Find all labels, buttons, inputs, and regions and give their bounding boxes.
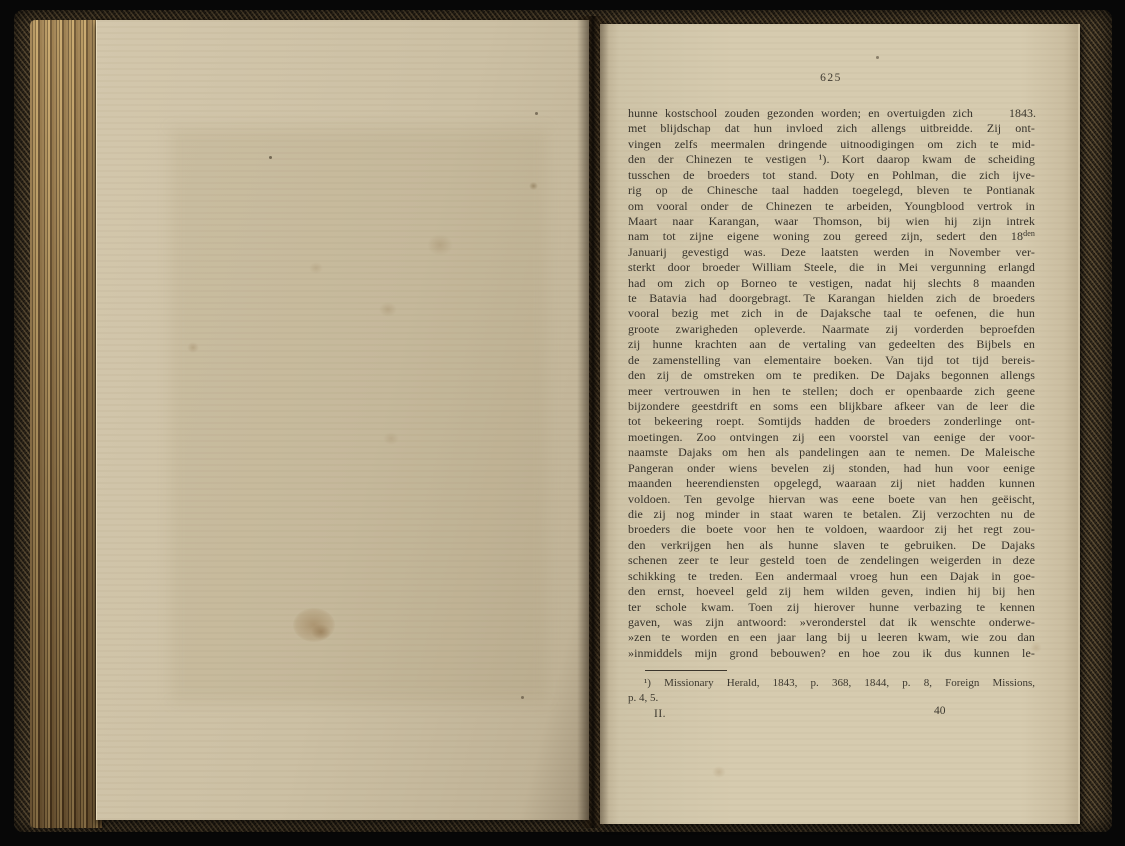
volume-signature: II. [654, 708, 666, 720]
body-text-block: hunne kostschool zouden gezonden worden;… [628, 106, 1035, 661]
body-line: de zamenstelling van elementaire boeken.… [628, 353, 1035, 368]
text-show-through [171, 128, 547, 702]
footnote-line: ¹) Missionary Herald, 1843, p. 368, 1844… [628, 676, 1035, 690]
body-line: tusschen de broeders tot stand. Doty en … [628, 168, 1035, 183]
foxing-stain [379, 302, 397, 317]
body-line: schenen zeer te leur gesteld toen de zen… [628, 553, 1035, 568]
body-line: die zij nog minder in staat waren te bet… [628, 507, 1035, 522]
body-line: Pangeran onder wiens bevelen zij stonden… [628, 461, 1035, 476]
body-line: naamste Dajaks om hen als pandelingen aa… [628, 445, 1035, 460]
body-line: den zij de omstreken om te prediken. De … [628, 368, 1035, 383]
foxing-stain [309, 262, 323, 274]
body-line: maanden heerendiensten opgelegd, waaraan… [628, 476, 1035, 491]
body-line: vingen zelfs meermalen dringende uitnood… [628, 137, 1035, 152]
foxing-stain [187, 342, 199, 353]
footnote-line: p. 4, 5. [628, 692, 658, 704]
body-line: tot bekeering roept. Somtijds hadden de … [628, 414, 1035, 429]
body-line: gaven, was zijn antwoord: »veronderstel … [628, 615, 1035, 630]
photo-backdrop: 625 1843. hunne kostschool zouden gezond… [0, 0, 1125, 846]
body-line: met blijdschap dat hun invloed zich alle… [628, 121, 1035, 136]
superscript-ordinal: den [1023, 229, 1035, 238]
body-line: zij hunne krachten aan de vertaling van … [628, 337, 1035, 352]
foxing-stain [427, 234, 453, 256]
body-line: om vooral onder de Chinezen te arbeiden,… [628, 199, 1035, 214]
ink-speck [876, 56, 879, 59]
sheet-number: 40 [934, 705, 946, 717]
body-line-text: nam tot zijne eigene woning zou gereed z… [628, 229, 1023, 243]
body-line: »zen te worden en een jaar lang bij u le… [628, 630, 1035, 645]
ink-speck [521, 696, 524, 699]
body-line: groote zwarigheden opleverde. Naarmate z… [628, 322, 1035, 337]
body-line: sterkt door broeder William Steele, die … [628, 260, 1035, 275]
footnote-rule [645, 670, 727, 671]
body-line: had om zich op Borneo te vestigen, nadat… [628, 276, 1035, 291]
page-edges [30, 20, 102, 828]
body-line: schikking te treden. Een andermaal vroeg… [628, 569, 1035, 584]
body-line: vooral bezig met zich in de Dajaksche ta… [628, 306, 1035, 321]
body-line: ter schole kwam. Toen zij hierover hunne… [628, 600, 1035, 615]
body-line: »inmiddels mijn grond bebouwen? en hoe z… [628, 646, 1035, 661]
body-line: te Batavia had doorgebragt. Te Karangan … [628, 291, 1035, 306]
page-number: 625 [628, 72, 1034, 84]
foxing-stain [529, 182, 538, 190]
body-line: rig op de Chinesche taal hadden toegeleg… [628, 183, 1035, 198]
ink-speck [535, 112, 538, 115]
body-line: den verkrijgen hen als hunne slaven te g… [628, 538, 1035, 553]
body-line: Maart naar Karangan, waar Thomson, bij w… [628, 214, 1035, 229]
ink-speck [269, 156, 272, 159]
body-line: den ernst, hoeveel geld zij hem wilden g… [628, 584, 1035, 599]
foxing-stain [383, 432, 399, 445]
foxing-stain [712, 766, 726, 778]
foxing-stain [311, 624, 331, 640]
body-line: den der Chinezen te vestigen ¹). Kort da… [628, 152, 1035, 167]
body-line: nam tot zijne eigene woning zou gereed z… [628, 229, 1035, 244]
body-line: moetingen. Zoo ontvingen zij een voorste… [628, 430, 1035, 445]
body-line: voldoen. Ten gevolge hiervan was eene bo… [628, 492, 1035, 507]
body-line: meer vertrouwen in hen te stellen; doch … [628, 384, 1035, 399]
body-line: broeders die boete voor hen te voldoen, … [628, 522, 1035, 537]
body-line: hunne kostschool zouden gezonden worden;… [628, 106, 1035, 121]
body-line: bijzondere geestdrift en soms een blijkb… [628, 399, 1035, 414]
body-line: Januarij gevestigd was. Deze laatsten we… [628, 245, 1035, 260]
right-text-page: 625 1843. hunne kostschool zouden gezond… [600, 24, 1080, 824]
left-blank-page [96, 20, 589, 820]
